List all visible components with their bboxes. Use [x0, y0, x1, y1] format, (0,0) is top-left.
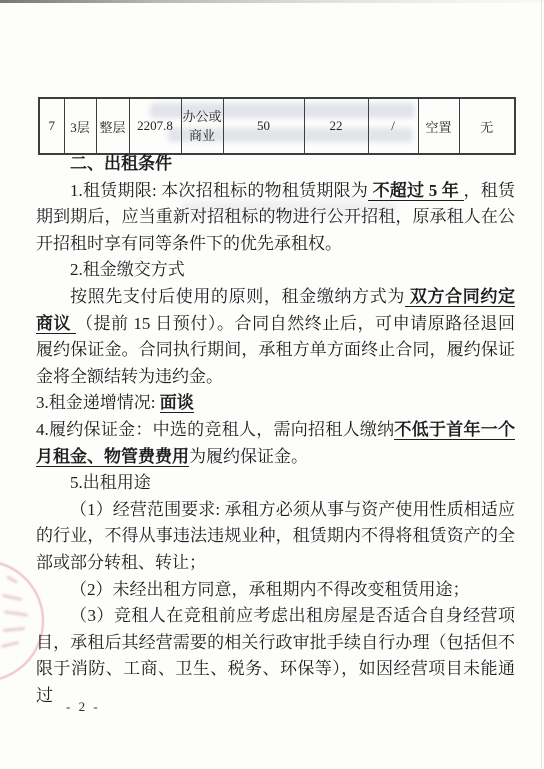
text-run: 4.履约保证金：中选的竞租人，需向招租人缴纳: [36, 420, 394, 439]
table-cell: 无: [459, 98, 515, 154]
table-cell-line: 商业: [189, 128, 215, 143]
underlined-text: 不超过 5 年: [368, 181, 463, 201]
table-cell: 2207.8: [129, 98, 181, 154]
paragraph-usage-item-3: （3）竞租人在竞租前应考虑出租房屋是否适合自身经营项目，承租后其经营需要的相关行…: [36, 603, 515, 709]
paragraph-usage-item-1: （1）经营范围要求: 承租方必须从事与资产使用性质相适应的行业，不得从事违法违规…: [36, 497, 515, 577]
text-run: 1.租赁期限: 本次招租标的物租赁期限为: [70, 181, 368, 200]
paragraph-usage-title: 5.出租用途: [36, 470, 515, 497]
paragraph-usage-item-2: （2）未经出租方同意，承租期内不得改变租赁用途；: [36, 577, 515, 604]
underlined-text: 面谈: [160, 393, 194, 413]
table-cell: 7: [39, 98, 64, 154]
page-number: - 2 -: [66, 699, 100, 715]
document-body: 二、出租条件 1.租赁期限: 本次招租标的物租赁期限为 不超过 5 年 ，租赁期…: [36, 151, 515, 709]
paragraph-rent-increase: 3.租金递增情况: 面谈: [36, 390, 515, 417]
table-cell: 22: [304, 98, 368, 154]
property-table: 7 3层 整层 2207.8 办公或商业 50 22 / 空置 无: [38, 97, 516, 155]
paragraph-lease-term: 1.租赁期限: 本次招租标的物租赁期限为 不超过 5 年 ，租赁期到期后，应当重…: [36, 178, 515, 258]
table-cell: 整层: [96, 98, 129, 154]
paragraph-payment-method: 按照先支付后使用的原则，租金缴纳方式为 双方合同约定商议 （提前 15 日预付）…: [36, 284, 515, 390]
paragraph-payment-method-title: 2.租金缴交方式: [36, 257, 515, 284]
text-run: 3.租金递增情况:: [36, 393, 160, 412]
table-cell: 50: [223, 98, 304, 154]
table-row: 7 3层 整层 2207.8 办公或商业 50 22 / 空置 无: [39, 98, 515, 154]
text-run: （提前 15 日预付）。合同自然终止后，可申请原路径退回履约保证金。合同执行期间…: [36, 314, 515, 386]
table-cell-line: 办公或: [182, 109, 221, 124]
section-heading: 二、出租条件: [36, 151, 515, 178]
text-run: 按照先支付后使用的原则，租金缴纳方式为: [70, 287, 405, 306]
table-cell: 3层: [64, 98, 96, 154]
document-page: 7 3层 整层 2207.8 办公或商业 50 22 / 空置 无 二、出租条件…: [0, 0, 544, 769]
text-run: 为履约保证金。: [189, 447, 308, 466]
paragraph-deposit: 4.履约保证金：中选的竞租人，需向招租人缴纳不低于首年一个月租金、物管费费用为履…: [36, 417, 515, 470]
table-cell: /: [368, 98, 418, 154]
table-cell: 办公或商业: [181, 98, 223, 154]
scan-edge-top: [0, 0, 544, 3]
scan-edge-right: [541, 0, 542, 769]
table-cell: 空置: [418, 98, 459, 154]
